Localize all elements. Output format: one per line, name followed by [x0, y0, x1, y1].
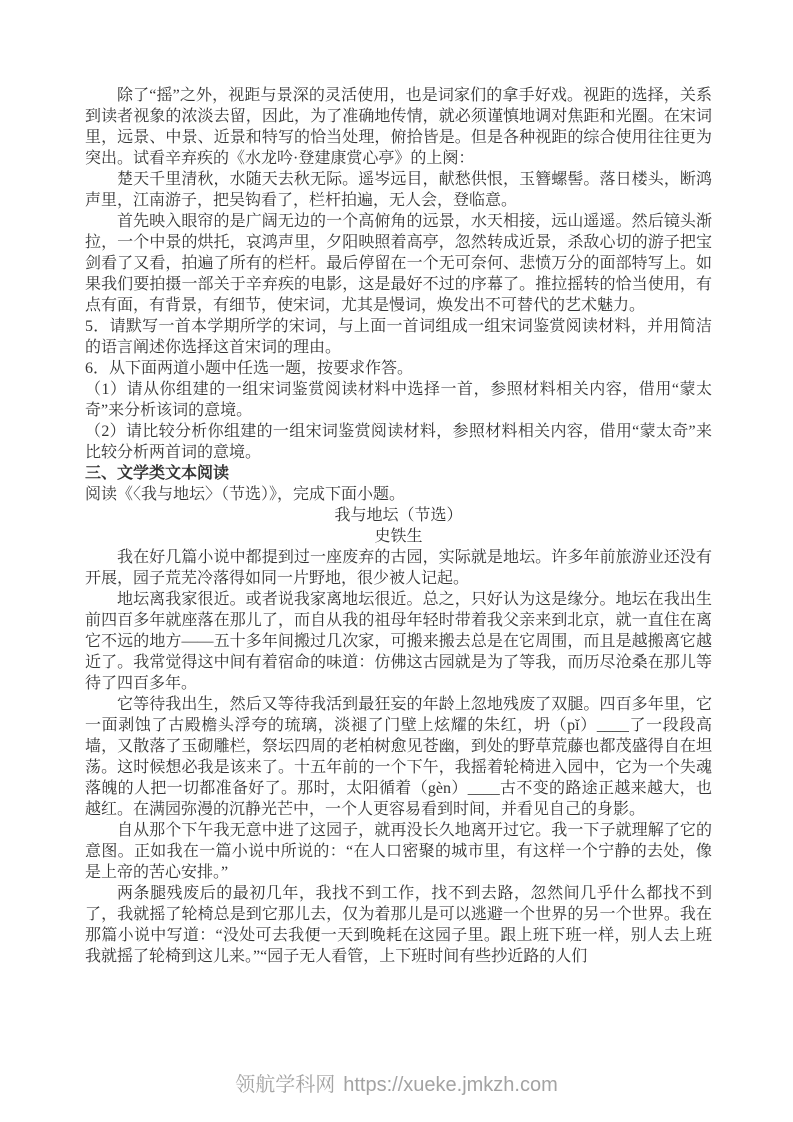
para-shot-distance-intro: 除了“摇”之外，视距与景深的灵活使用，也是词家们的拿手好戏。视距的选择，关系到读…: [85, 85, 712, 169]
essay-para-2: 地坛离我家很近。或者说我家离地坛很近。总之，只好认为这是缘分。地坛在我出生前四百…: [85, 589, 712, 694]
essay-para-4: 自从那个下午我无意中进了这园子，就再没长久地离开过它。我一下子就理解了它的意图。…: [85, 820, 712, 883]
question-6: 6．从下面两道小题中任选一题，按要求作答。: [85, 358, 712, 379]
question-5: 5．请默写一首本学期所学的宋词，与上面一首词组成一组宋词鉴赏阅读材料，并用简洁的…: [85, 316, 712, 358]
para-ci-quote: 楚天千里清秋，水随天去秋无际。遥岑远目，献愁供恨，玉簪螺髻。落日楼头，断鸿声里，…: [85, 169, 712, 211]
essay-para-3: 它等待我出生，然后又等待我活到最狂妄的年龄上忽地残废了双腿。四百多年里，它一面剥…: [85, 694, 712, 820]
para-montage-analysis: 首先映入眼帘的是广阔无边的一个高俯角的远景，水天相接，远山遥遥。然后镜头渐拉，一…: [85, 211, 712, 316]
document-body: 除了“摇”之外，视距与景深的灵活使用，也是词家们的拿手好戏。视距的选择，关系到读…: [85, 85, 712, 967]
reading-instruction: 阅读《〈我与地坛〉（节选）》，完成下面小题。: [85, 484, 712, 505]
essay-title: 我与地坛（节选）: [85, 505, 712, 526]
question-6-option-2: （2）请比较分析你组建的一组宋词鉴赏阅读材料，参照材料相关内容，借用“蒙太奇”来…: [85, 421, 712, 463]
question-6-option-1: （1）请从你组建的一组宋词鉴赏阅读材料中选择一首，参照材料相关内容，借用“蒙太奇…: [85, 379, 712, 421]
section-heading-literary-reading: 三、文学类文本阅读: [85, 463, 712, 484]
essay-author: 史铁生: [85, 526, 712, 547]
essay-para-5: 两条腿残废后的最初几年，我找不到工作，找不到去路，忽然间几乎什么都找不到了，我就…: [85, 883, 712, 967]
document-page: 除了“摇”之外，视距与景深的灵活使用，也是词家们的拿手好戏。视距的选择，关系到读…: [0, 0, 793, 1122]
page-footer-watermark: 领航学科网https://xueke.jmkzh.com: [0, 1068, 793, 1097]
footer-url: https://xueke.jmkzh.com: [343, 1074, 558, 1096]
essay-para-1: 我在好几篇小说中都提到过一座废弃的古园，实际就是地坛。许多年前旅游业还没有开展，…: [85, 547, 712, 589]
footer-site-name: 领航学科网: [235, 1074, 335, 1096]
